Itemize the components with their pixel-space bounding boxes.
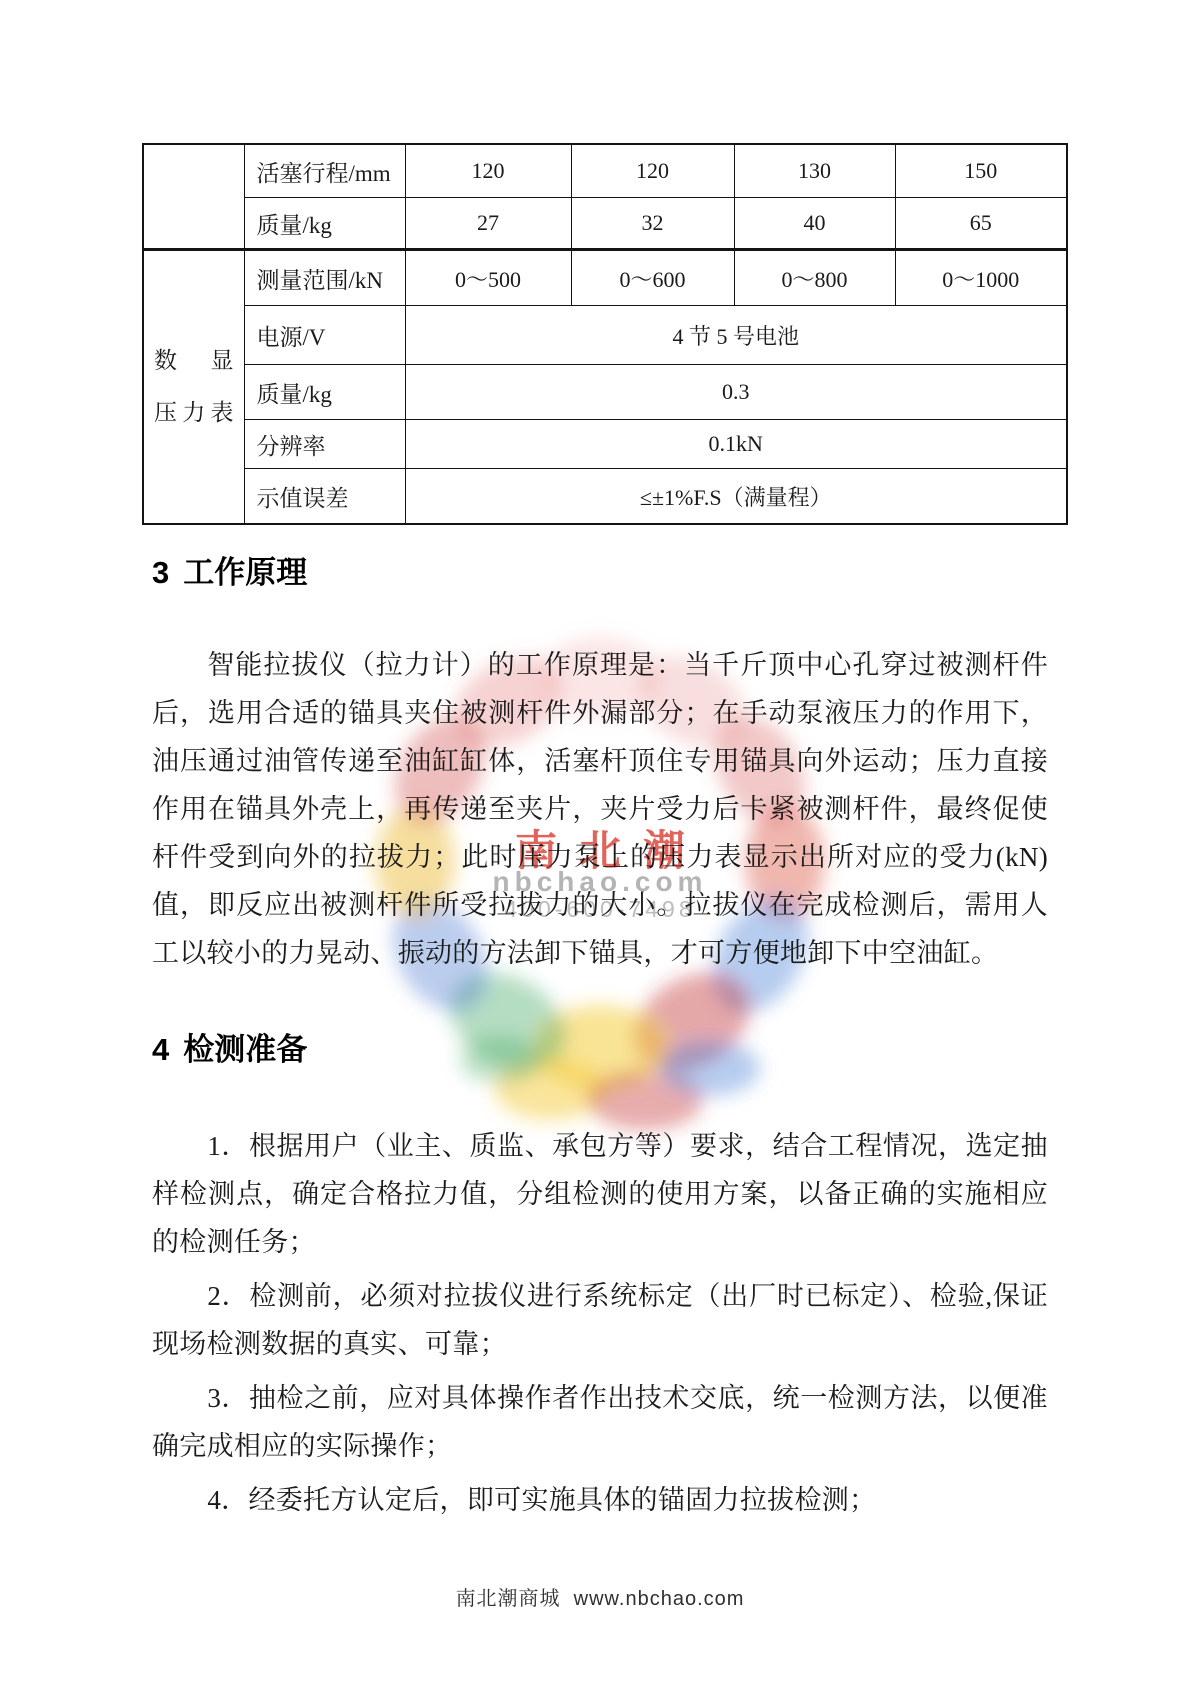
row-label: 活塞行程/mm <box>244 144 405 198</box>
side-char: 压 <box>154 398 177 428</box>
heading-title: 检测准备 <box>183 1032 307 1067</box>
row-label: 分辨率 <box>244 420 405 469</box>
heading-number: 3 <box>152 555 169 590</box>
list-item: 3．抽检之前，应对具体操作者作出技术交底，统一检测方法，以便准确完成相应的实际操… <box>152 1374 1048 1470</box>
document-page: 南北潮 nbchao.com 400-600-7498 活塞行程/mm 120 … <box>0 0 1200 1697</box>
table-cell: 0～1000 <box>895 250 1067 306</box>
side-char: 表 <box>211 398 234 428</box>
side-header-line1: 数 显 <box>144 346 244 376</box>
section-heading-test-preparation: 4检测准备 <box>152 1028 1048 1072</box>
side-char: 显 <box>211 346 234 376</box>
table-cell: 130 <box>734 144 895 198</box>
table-cell: 40 <box>734 198 895 250</box>
side-char: 数 <box>154 346 177 376</box>
table-cell: 0～800 <box>734 250 895 306</box>
table-row: 质量/kg 0.3 <box>143 365 1067 420</box>
row-label: 测量范围/kN <box>244 250 405 306</box>
document-body: 3工作原理 智能拉拔仪（拉力计）的工作原理是：当千斤顶中心孔穿过被测杆件后，选用… <box>152 515 1048 1524</box>
table-cell: 0～600 <box>571 250 734 306</box>
spec-table: 活塞行程/mm 120 120 130 150 质量/kg 27 32 40 6… <box>142 143 1068 525</box>
list-item: 2．检测前，必须对拉拔仪进行系统标定（出厂时已标定）、检验,保证现场检测数据的真… <box>152 1272 1048 1368</box>
row-label: 质量/kg <box>244 198 405 250</box>
row-label: 电源/V <box>244 306 405 365</box>
list-item: 4．经委托方认定后，即可实施具体的锚固力拉拔检测； <box>152 1476 1048 1524</box>
table-cell: 65 <box>895 198 1067 250</box>
table-cell-merged: 0.1kN <box>405 420 1067 469</box>
table-row: 质量/kg 27 32 40 65 <box>143 198 1067 250</box>
side-char: 力 <box>182 398 205 428</box>
table-cell: 0～500 <box>405 250 571 306</box>
table-cell-empty-side <box>143 144 244 250</box>
table-cell: 120 <box>571 144 734 198</box>
list-item: 1．根据用户（业主、质监、承包方等）要求，结合工程情况，选定抽样检测点，确定合格… <box>152 1122 1048 1266</box>
table-cell-merged: 0.3 <box>405 365 1067 420</box>
table-cell-merged: 4 节 5 号电池 <box>405 306 1067 365</box>
table-row: 活塞行程/mm 120 120 130 150 <box>143 144 1067 198</box>
table-cell: 27 <box>405 198 571 250</box>
side-header-line2: 压 力 表 <box>144 398 244 428</box>
table-row: 分辨率 0.1kN <box>143 420 1067 469</box>
table-cell: 150 <box>895 144 1067 198</box>
section-heading-working-principle: 3工作原理 <box>152 551 1048 595</box>
row-label: 质量/kg <box>244 365 405 420</box>
table-row: 数 显 压 力 表 测量范围/kN 0～500 0～600 0～800 0～10… <box>143 250 1067 306</box>
page-footer: 南北潮商城 www.nbchao.com <box>0 1582 1200 1611</box>
table-cell: 120 <box>405 144 571 198</box>
table-row: 电源/V 4 节 5 号电池 <box>143 306 1067 365</box>
heading-number: 4 <box>152 1032 169 1067</box>
preparation-list: 1．根据用户（业主、质监、承包方等）要求，结合工程情况，选定抽样检测点，确定合格… <box>152 1122 1048 1524</box>
table-side-header: 数 显 压 力 表 <box>143 250 244 525</box>
working-principle-paragraph: 智能拉拔仪（拉力计）的工作原理是：当千斤顶中心孔穿过被测杆件后，选用合适的锚具夹… <box>152 641 1048 977</box>
table-cell: 32 <box>571 198 734 250</box>
heading-title: 工作原理 <box>183 555 307 590</box>
